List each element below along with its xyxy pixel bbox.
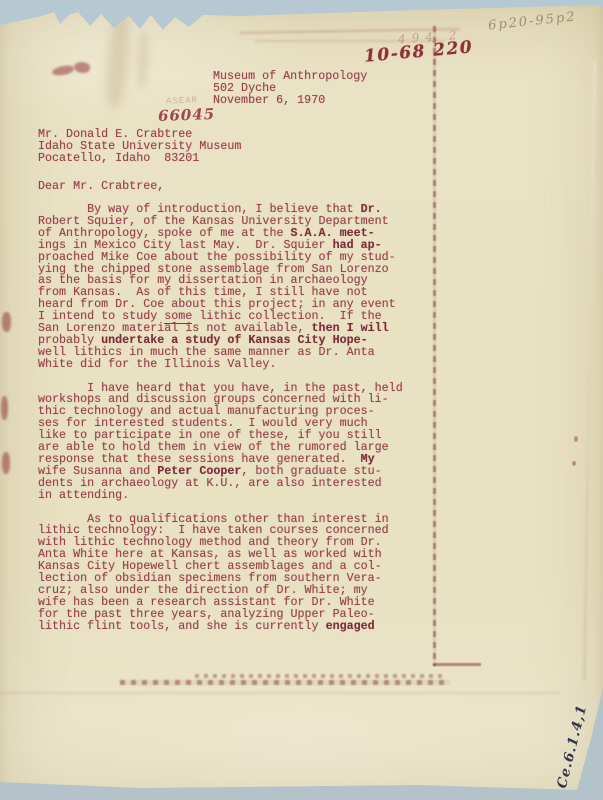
paragraph: As to qualifications other than interest… xyxy=(38,514,403,633)
catalog-number-handwritten: 66045 xyxy=(158,105,216,125)
stain-streak xyxy=(104,9,133,110)
type-offset-smudge xyxy=(120,680,450,685)
right-edge-fold xyxy=(583,60,597,680)
type-offset-smudge xyxy=(195,674,445,678)
edge-ink-mark xyxy=(1,396,8,420)
ink-speck xyxy=(572,461,576,466)
ghost-stamp: ASEAR xyxy=(166,95,198,106)
pencil-code: 6p20-95p2 xyxy=(487,9,577,33)
fold-offset-line-vertical xyxy=(433,26,436,666)
ink-smudge xyxy=(73,60,91,75)
letter-body: By way of introduction, I believe that D… xyxy=(38,204,403,644)
letterhead-block: Museum of Anthropology502 DycheNovember … xyxy=(213,71,367,107)
typed-line: Pocatello, Idaho 83201 xyxy=(38,153,241,165)
recipient-address-block: Mr. Donald E. CrabtreeIdaho State Univer… xyxy=(38,129,241,165)
salutation: Dear Mr. Crabtree, xyxy=(38,181,164,193)
ink-smudge xyxy=(51,65,74,77)
fold-offset-line-corner xyxy=(433,663,481,666)
typed-line: lithic flint tools, and she is currently… xyxy=(38,621,403,633)
typed-line: White did for the Illinois Valley. xyxy=(38,359,403,371)
crease-line xyxy=(0,692,560,694)
typed-line: November 6, 1970 xyxy=(213,95,367,107)
paragraph: I have heard that you have, in the past,… xyxy=(38,383,403,502)
stain-streak-small xyxy=(136,30,149,90)
edge-ink-mark xyxy=(2,452,10,474)
paragraph: By way of introduction, I believe that D… xyxy=(38,204,403,371)
ink-speck xyxy=(574,436,578,442)
letter-page: 494 2 10-68 220 6p20-95p2 66045 ASEAR Mu… xyxy=(0,0,603,800)
typed-line: in attending. xyxy=(38,490,403,502)
salutation-line: Dear Mr. Crabtree, xyxy=(38,181,164,193)
edge-ink-mark xyxy=(2,312,11,332)
